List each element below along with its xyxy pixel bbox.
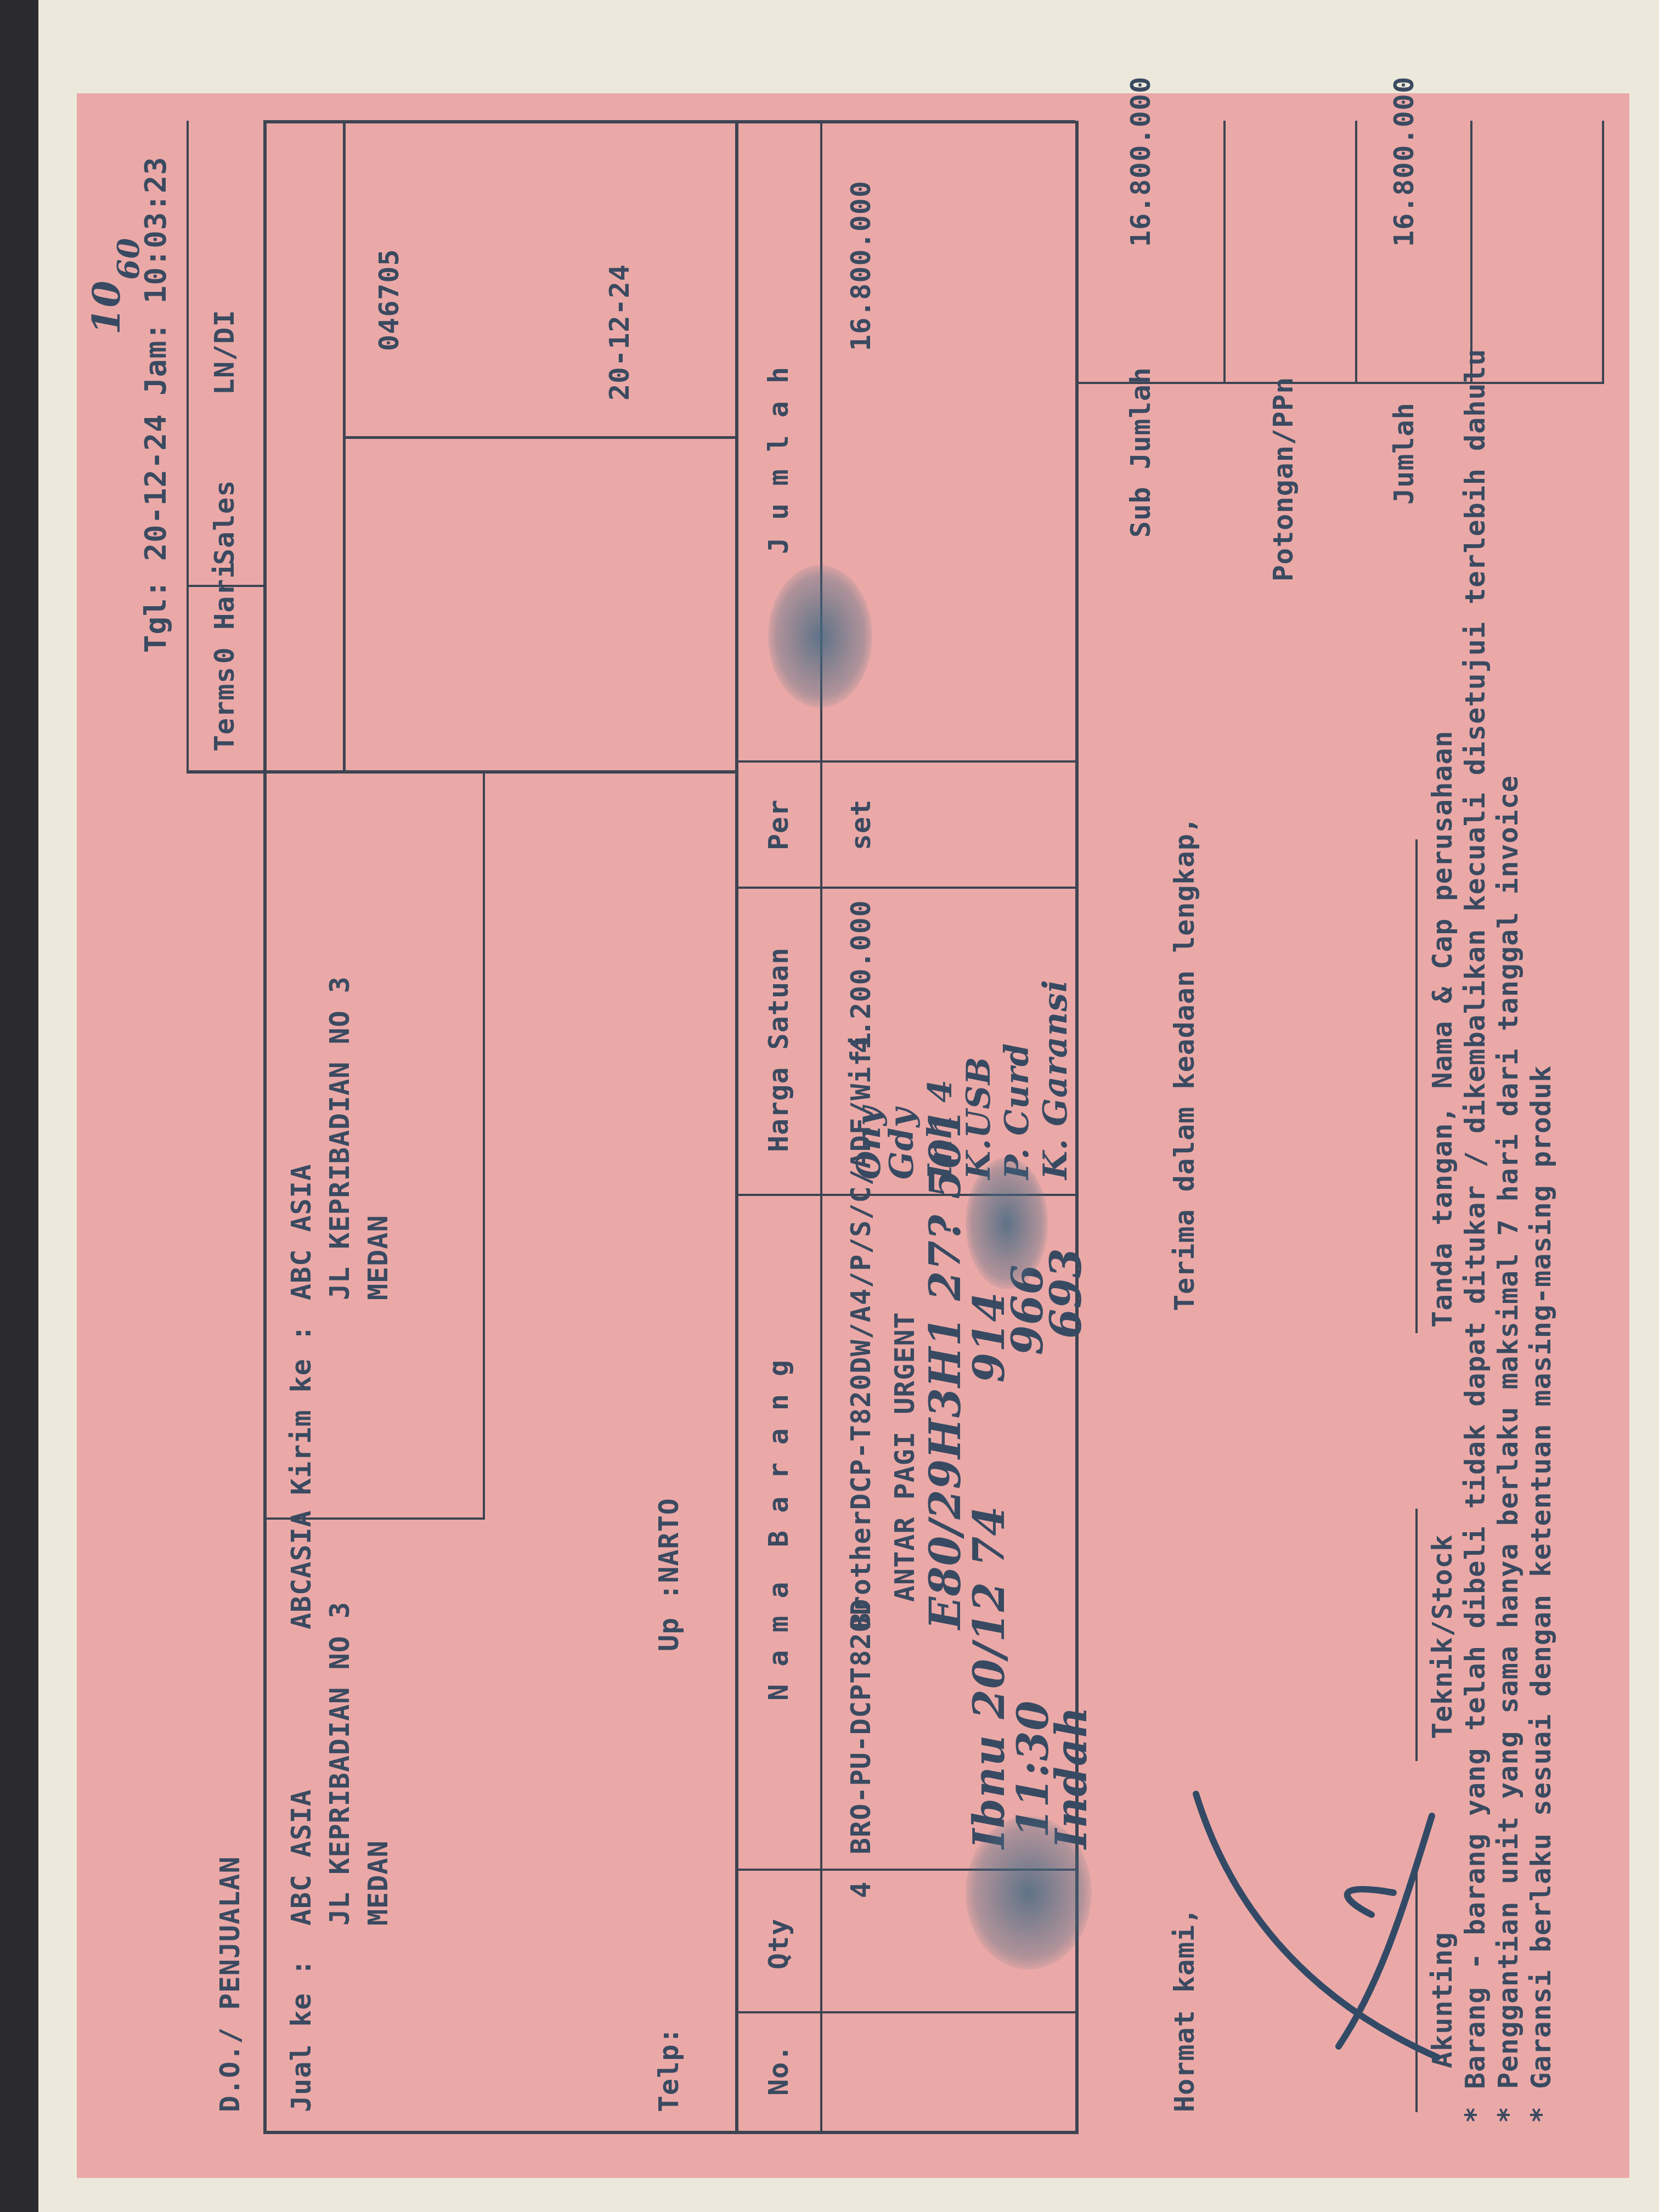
handwritten-check-5: K. Garansi xyxy=(1031,979,1080,1180)
ink-smudge xyxy=(966,1816,1092,1970)
date-time: Tgl: 20-12-24 Jam: 10:03:23 xyxy=(140,156,172,653)
header-qty: Qty xyxy=(763,1918,794,1970)
sales-value: LN/DI xyxy=(208,309,240,395)
header-no: No. xyxy=(763,2045,794,2096)
terima-label: Terima dalam keadaan lengkap, xyxy=(1169,816,1200,1311)
teknik-stock-label: Teknik/Stock xyxy=(1426,1534,1458,1739)
do-number: 046705 xyxy=(373,249,405,351)
ink-smudge xyxy=(768,565,872,708)
up-contact: Up :NARTO xyxy=(653,1498,685,1651)
handwritten-serial-693: 693 xyxy=(1042,1248,1091,1339)
header-nama-barang: N a m a B a r a n g xyxy=(763,1359,794,1701)
footer-note-1: * Barang - barang yang telah dibeli tida… xyxy=(1459,348,1491,2123)
sales-delivery-order-form: D.O./ PENJUALAN Tgl: 20-12-24 Jam: 10:03… xyxy=(77,93,1629,2178)
ink-smudge xyxy=(966,1158,1048,1289)
do-date: 20-12-24 xyxy=(603,264,635,400)
kirim-ke-name: ABC ASIA xyxy=(285,1164,317,1300)
item-qty: 4 xyxy=(845,1881,877,1898)
sales-label: Sales xyxy=(208,479,240,565)
handwritten-page-mark-small: 60 xyxy=(104,238,153,280)
handwritten-page-mark: 10 xyxy=(82,280,131,335)
footer-note-2: * Penggantian unit yang sama hanya berla… xyxy=(1492,775,1524,2123)
kirim-ke-city: MEDAN xyxy=(362,1215,394,1300)
terms-value: 0 Hari xyxy=(208,561,240,664)
item-note: ANTAR PAGI URGENT xyxy=(889,1312,921,1602)
jual-ke-address: JL KEPRIBADIAN NO 3 xyxy=(324,1601,356,1926)
customer-code: ABCASIA xyxy=(285,1510,317,1629)
footer-note-3: * Garansi berlaku sesuai dengan ketentua… xyxy=(1525,1065,1557,2123)
item-per: set xyxy=(845,799,877,850)
sub-jumlah-value: 16.800.000 xyxy=(1125,76,1156,247)
item-harga-satuan: 4.200.000 xyxy=(845,900,877,1053)
jumlah-label: Jumlah xyxy=(1388,402,1420,505)
telp-label: Telp: xyxy=(653,2027,685,2112)
kirim-ke-label: Kirim ke : xyxy=(285,1324,317,1495)
header-jumlah: J u m l a h xyxy=(763,366,794,554)
handwritten-delivery-receiver: Ibnu 20/12 74 xyxy=(966,1505,1014,1849)
sub-jumlah-label: Sub Jumlah xyxy=(1125,367,1156,538)
jual-ke-label: Jual ke : xyxy=(285,1959,317,2112)
jumlah-value: 16.800.000 xyxy=(1388,76,1420,247)
document-title: D.O./ PENJUALAN xyxy=(214,1856,246,2112)
header-harga-satuan: Harga Satuan xyxy=(763,947,794,1152)
jual-ke-name: ABC ASIA xyxy=(285,1789,317,1926)
tanda-tangan-label: Tanda tangan, Nama & Cap perusahaan xyxy=(1426,730,1458,1328)
kirim-ke-address: JL KEPRIBADIAN NO 3 xyxy=(324,976,356,1300)
item-code: BRO-PU-DCPT820D xyxy=(845,1598,877,1854)
signature-icon xyxy=(1174,1772,1459,2079)
header-per: Per xyxy=(763,799,794,850)
potongan-label: Potongan/PPn xyxy=(1267,377,1299,582)
item-jumlah: 16.800.000 xyxy=(845,180,877,351)
terms-label: Terms xyxy=(208,666,240,752)
handwritten-serials: E80/29H3H1 27? 501 xyxy=(922,1108,970,1629)
jual-ke-city: MEDAN xyxy=(362,1840,394,1926)
